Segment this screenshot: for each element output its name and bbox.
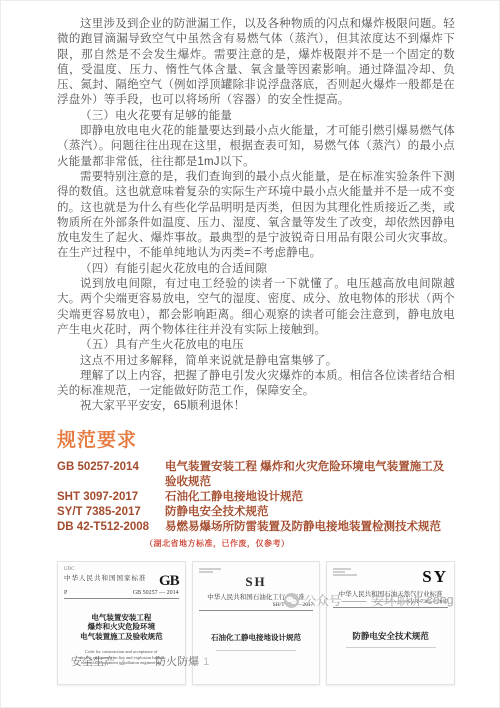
fine-print-line	[333, 571, 345, 573]
tag-fire-explosion-prevention[interactable]: 防火防爆 1	[155, 653, 209, 669]
tag-label: 安全生产	[71, 653, 115, 669]
sy-logo-icon: SY	[422, 567, 448, 587]
paragraph: 说到放电间隙，有过电工经验的读者一下就懂了。电压越高放电间隙越大。两个尖端更容易…	[57, 277, 455, 338]
paragraph: 这里涉及到企业的防泄漏工作，以及各种物质的闪点和爆炸极限问题。轻微的跑冒滴漏导致…	[57, 17, 455, 109]
cover-category-mark: P	[64, 590, 67, 596]
standard-title: 石油化工静电接地设计规范	[165, 490, 303, 505]
standard-item: GB 50257-2014 电气装置安装工程 爆炸和火灾危险环境电气装置施工及验…	[57, 460, 455, 490]
fine-print-line	[199, 571, 213, 573]
standard-code: SHT 3097-2017	[57, 490, 153, 505]
cover-title: 石油化工静电接地设计规范	[199, 633, 314, 643]
cover-syt-7385: SY 中华人民共和国石油天然气行业标准 SY/T 7385—2017 防静电安全…	[326, 561, 455, 685]
standard-item: SY/T 7385-2017 防静电安全技术规范	[57, 505, 455, 520]
tag-label: 防火防爆	[155, 653, 199, 669]
watermark-suffix: ceng	[427, 593, 454, 607]
tag-count: 2	[119, 656, 125, 668]
divider	[199, 610, 314, 611]
cover-country-label: 中华人民共和国国家标准	[64, 573, 147, 582]
closing-paragraph: 理解了以上内容，把握了静电引发火灾爆炸的本质。相信各位读者结合相关的标准规范，一…	[57, 369, 455, 400]
cover-standard-code: GB 50257 — 2014	[133, 590, 179, 596]
paragraph: 这点不用过多解释，简单来说就是静电富集够了。	[57, 354, 455, 369]
paragraph: 需要特别注意的是，我们查询到的最小点火能量，是在标准实验条件下测得的数值。这也就…	[57, 170, 455, 262]
fine-print-line	[333, 568, 351, 570]
standards-list: GB 50257-2014 电气装置安装工程 爆炸和火灾危险环境电气装置施工及验…	[57, 460, 455, 535]
tag-safety-production[interactable]: 安全生产 2	[71, 653, 125, 669]
tag-count: 1	[203, 656, 209, 668]
footer-tags: 安全生产 2 防火防爆 1	[71, 653, 209, 669]
fine-print-line	[199, 568, 221, 570]
standards-section-heading: 规范要求	[57, 425, 455, 452]
watermark-prefix: 公众号——	[304, 591, 367, 609]
standard-code: GB 50257-2014	[57, 460, 153, 490]
subheading-3: （三）电火花要有足够的能量	[57, 109, 455, 124]
standards-note: （湖北省地方标准，已作废，仅参考）	[145, 538, 455, 549]
gb-logo-icon: GB	[159, 573, 179, 590]
wechat-watermark: 公众号——安环职讲ceng	[284, 591, 454, 609]
closing-wish: 祝大家平平安安，65顺利退休！	[57, 399, 455, 414]
cover-title: 爆炸和火灾危险环境	[64, 622, 179, 632]
wechat-icon	[284, 593, 299, 608]
cover-subtitle-line	[346, 647, 436, 648]
standard-item: SHT 3097-2017 石油化工静电接地设计规范	[57, 490, 455, 505]
document-page: 这里涉及到企业的防泄漏工作，以及各种物质的闪点和爆炸极限问题。轻微的跑冒滴漏导致…	[0, 0, 500, 708]
cover-title: 电气装置安装工程	[64, 613, 179, 623]
standard-title: 防静电安全技术规范	[165, 505, 269, 520]
watermark-account: 安环职讲	[372, 591, 422, 609]
standard-item: DB 42-T512-2008 易燃易爆场所防雷装置及防静电接地装置检测技术规范	[57, 520, 455, 535]
standard-code: SY/T 7385-2017	[57, 505, 153, 520]
cover-title: 防静电安全技术规范	[333, 632, 448, 642]
standard-title: 易燃易爆场所防雷装置及防静电接地装置检测技术规范	[165, 520, 441, 535]
divider	[64, 598, 179, 599]
article-body: 这里涉及到企业的防泄漏工作，以及各种物质的闪点和爆炸极限问题。轻微的跑冒滴漏导致…	[57, 17, 455, 415]
fine-print-line	[333, 574, 357, 576]
cover-sht-3097: SH 中华人民共和国石油化工行业标准 SH/T 3097—2017 石油化工静电…	[192, 561, 321, 685]
standard-code: DB 42-T512-2008	[57, 520, 153, 535]
cover-subtitle-line	[216, 650, 296, 651]
paragraph: 即静电放电电火花的能量要达到最小点火能量，才可能引燃引爆易燃气体（蒸汽）。问题往…	[57, 124, 455, 170]
subheading-4: （四）有能引起火花放电的合适间隙	[57, 262, 455, 277]
cover-title: 电气装置施工及验收规范	[64, 632, 179, 642]
subheading-5: （五）具有产生火花放电的电压	[57, 338, 455, 353]
standard-title: 电气装置安装工程 爆炸和火灾危险环境电气装置施工及验收规范	[165, 460, 455, 490]
sh-logo-icon: SH	[199, 574, 314, 590]
